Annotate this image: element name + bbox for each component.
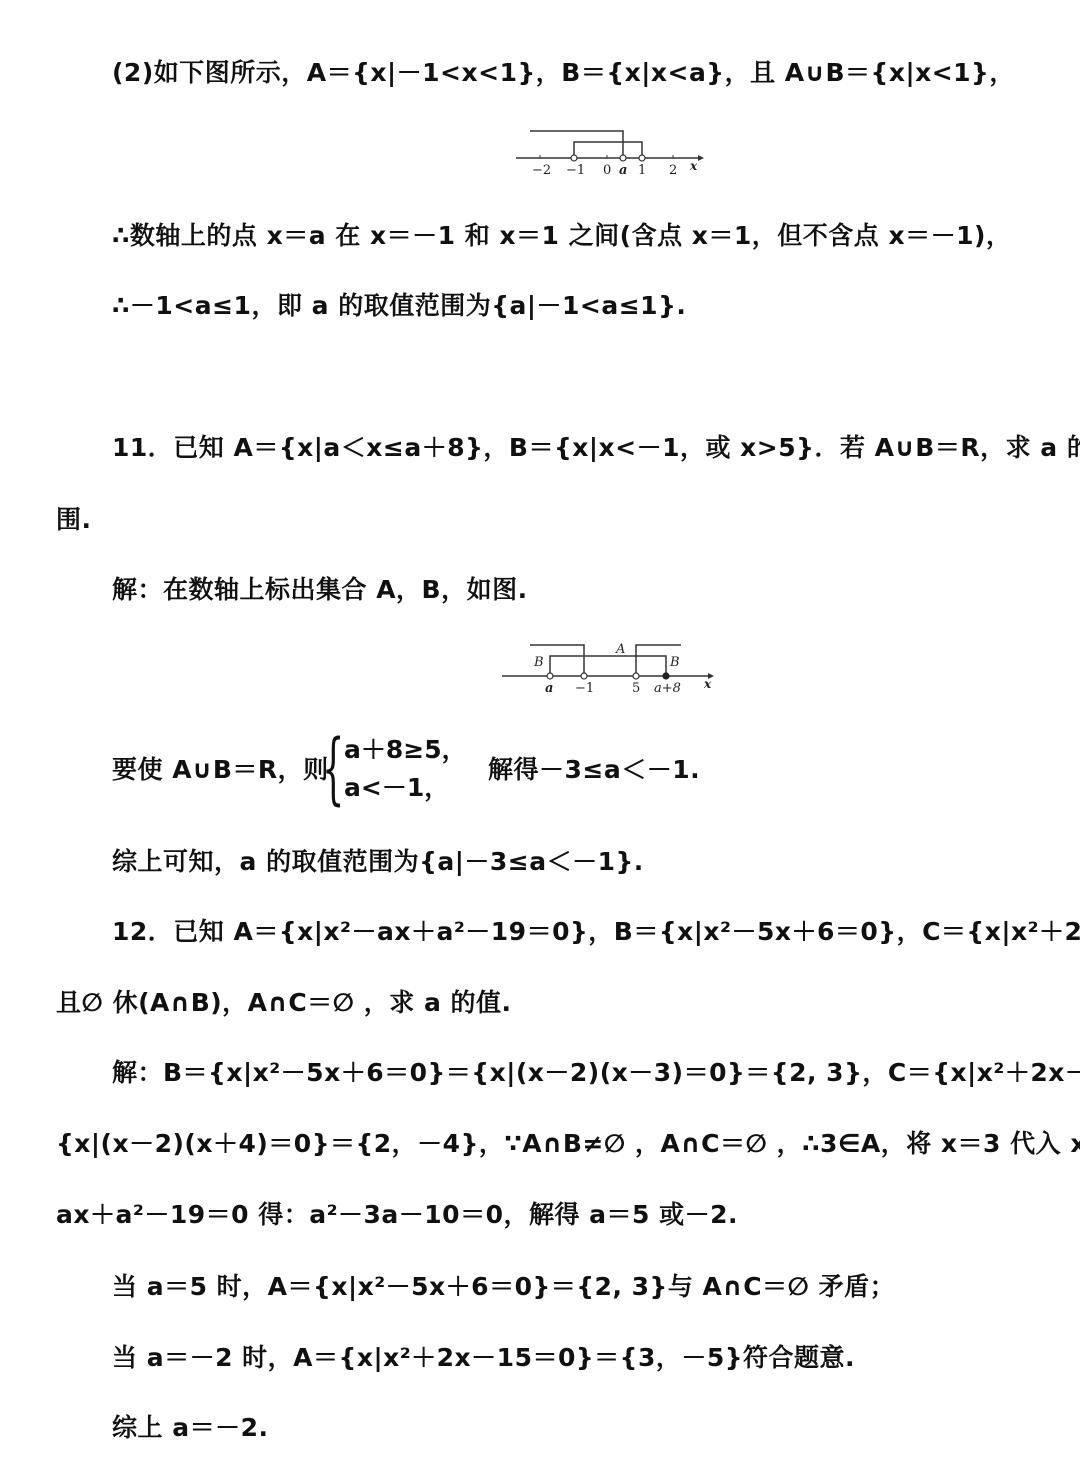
set-label-b-right: B	[669, 655, 680, 670]
problem-12-solution-line-1: 解：B＝{x|x²－5x＋6＝0}＝{x|(x－2)(x－3)＝0}＝{2, 3…	[112, 1056, 1080, 1090]
number-line-figure-2: B A B a −1 5 a+8 x	[498, 636, 723, 702]
tick-label: 0	[603, 163, 611, 178]
problem-11-stem-line-1: 11．已知 A＝{x|a＜x≤a＋8}，B＝{x|x<－1，或 x>5}．若 A…	[112, 431, 1080, 465]
problem-12-final-answer: 综上 a＝－2.	[112, 1411, 268, 1445]
tick-label: a+8	[654, 681, 681, 696]
problem-12-solution-line-3: ax＋a²－19＝0 得：a²－3a－10＝0，解得 a＝5 或－2.	[56, 1198, 738, 1232]
problem-12-case-a-minus-2: 当 a＝－2 时，A＝{x|x²＋2x－15＝0}＝{3，－5}符合题意.	[112, 1341, 855, 1375]
tick-label: a	[619, 163, 627, 178]
set-label-a: A	[615, 642, 625, 657]
problem-12-stem-line-2: 且∅ 休(A∩B)，A∩C＝∅ ，求 a 的值.	[56, 986, 512, 1020]
problem-11-condition-prefix: 要使 A∪B＝R，则	[112, 753, 329, 787]
problem-12-stem-line-1: 12．已知 A＝{x|x²－ax＋a²－19＝0}，B＝{x|x²－5x＋6＝0…	[112, 915, 1080, 949]
part2-conclusion-2: ∴－1<a≤1，即 a 的取值范围为{a|－1<a≤1}.	[112, 289, 686, 323]
tick-label: −1	[566, 163, 585, 178]
axis-label: x	[703, 677, 712, 691]
tick-label: a	[545, 681, 553, 696]
tick-label: 5	[632, 681, 640, 696]
tick-label: −2	[532, 163, 551, 178]
problem-12-solution-line-2: {x|(x－2)(x＋4)＝0}＝{2，－4}，∵A∩B≠∅ ，A∩C＝∅ ，∴…	[56, 1127, 1080, 1161]
problem-11-solve-result: 解得－3≤a＜－1.	[488, 753, 700, 787]
inequality-case-1: a＋8≥5，	[344, 733, 467, 767]
problem-11-summary: 综上可知，a 的取值范围为{a|－3≤a＜－1}.	[112, 845, 644, 879]
problem-11-solution-intro: 解：在数轴上标出集合 A，B，如图.	[112, 573, 528, 607]
set-label-b-left: B	[533, 655, 544, 670]
part2-intro: (2)如下图所示，A＝{x|－1<x<1}，B＝{x|x<a}，且 A∪B＝{x…	[112, 56, 1015, 90]
axis-label: x	[689, 159, 698, 173]
part2-conclusion-1: ∴数轴上的点 x＝a 在 x＝－1 和 x＝1 之间(含点 x＝1，但不含点 x…	[112, 219, 1011, 253]
tick-label: 2	[669, 163, 677, 178]
tick-label: 1	[638, 163, 646, 178]
inequality-case-2: a<－1，	[344, 771, 467, 805]
number-line-figure-1: −2 −1 0 a 1 2 x	[510, 122, 710, 186]
inequality-system: { a＋8≥5， a<－1，	[322, 730, 467, 808]
tick-label: −1	[575, 681, 594, 696]
problem-11-stem-line-2: 围.	[56, 503, 92, 537]
problem-12-case-a-5: 当 a＝5 时，A＝{x|x²－5x＋6＝0}＝{2, 3}与 A∩C＝∅ 矛盾…	[112, 1270, 895, 1304]
left-brace: {	[322, 730, 331, 808]
